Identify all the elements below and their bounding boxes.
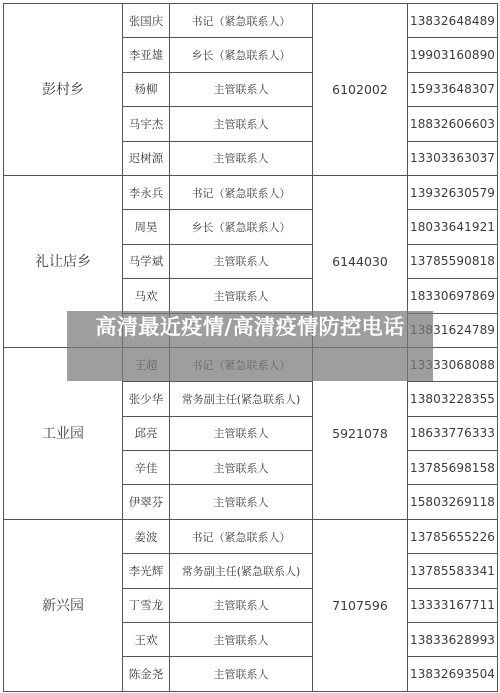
contact-role: 主管联系人 bbox=[170, 244, 313, 278]
contact-role: 乡长（紧急联系人） bbox=[170, 210, 313, 244]
mobile-phone: 19903160890 bbox=[408, 38, 498, 72]
mobile-phone: 13333167711 bbox=[408, 588, 498, 622]
mobile-phone: 18033641921 bbox=[408, 210, 498, 244]
contact-role: 书记（紧急联系人） bbox=[170, 175, 313, 209]
mobile-phone: 13833628993 bbox=[408, 623, 498, 657]
contact-name: 张国庆 bbox=[123, 4, 170, 38]
contact-name: 辛佳 bbox=[123, 451, 170, 485]
office-phone: 6102002 bbox=[313, 4, 408, 176]
contact-role: 主管联系人 bbox=[170, 588, 313, 622]
contact-role: 书记（紧急联系人） bbox=[170, 4, 313, 38]
contact-name: 王欢 bbox=[123, 623, 170, 657]
town-name: 新兴园 bbox=[4, 519, 123, 691]
contact-name: 伊翠芬 bbox=[123, 485, 170, 519]
office-phone: 7107596 bbox=[313, 519, 408, 691]
mobile-phone: 13803228355 bbox=[408, 382, 498, 416]
mobile-phone: 15933648307 bbox=[408, 72, 498, 106]
contact-role: 主管联系人 bbox=[170, 451, 313, 485]
contact-role: 乡长（紧急联系人） bbox=[170, 38, 313, 72]
contact-name: 李永兵 bbox=[123, 175, 170, 209]
contact-role: 常务副主任(紧急联系人) bbox=[170, 554, 313, 588]
title-overlay-text: 高清最近疫情/高清疫情防控电话 bbox=[72, 314, 428, 340]
contact-name: 姜波 bbox=[123, 519, 170, 553]
contact-role: 主管联系人 bbox=[170, 141, 313, 175]
contact-name: 周昊 bbox=[123, 210, 170, 244]
town-name: 彭村乡 bbox=[4, 4, 123, 176]
mobile-phone: 13303363037 bbox=[408, 141, 498, 175]
contact-role: 主管联系人 bbox=[170, 279, 313, 313]
contact-name: 马宇杰 bbox=[123, 107, 170, 141]
contact-role: 书记（紧急联系人） bbox=[170, 519, 313, 553]
contact-name: 李亚雄 bbox=[123, 38, 170, 72]
mobile-phone: 18633776333 bbox=[408, 416, 498, 450]
contact-name: 迟树源 bbox=[123, 141, 170, 175]
mobile-phone: 18832606603 bbox=[408, 107, 498, 141]
mobile-phone: 13932630579 bbox=[408, 175, 498, 209]
contact-role: 常务副主任(紧急联系人) bbox=[170, 382, 313, 416]
mobile-phone: 13785655226 bbox=[408, 519, 498, 553]
contact-name: 李光辉 bbox=[123, 554, 170, 588]
contact-name: 马欢 bbox=[123, 279, 170, 313]
mobile-phone: 15803269118 bbox=[408, 485, 498, 519]
contact-role: 主管联系人 bbox=[170, 485, 313, 519]
mobile-phone: 13832648489 bbox=[408, 4, 498, 38]
table-row: 礼让店乡 李永兵 书记（紧急联系人） 6144030 13932630579 bbox=[4, 175, 498, 209]
contact-name: 杨柳 bbox=[123, 72, 170, 106]
table-row: 彭村乡 张国庆 书记（紧急联系人） 6102002 13832648489 bbox=[4, 4, 498, 38]
contact-role: 主管联系人 bbox=[170, 107, 313, 141]
mobile-phone: 18330697869 bbox=[408, 279, 498, 313]
contact-name: 邱亮 bbox=[123, 416, 170, 450]
contact-role: 主管联系人 bbox=[170, 416, 313, 450]
mobile-phone: 13785583341 bbox=[408, 554, 498, 588]
contact-name: 张少华 bbox=[123, 382, 170, 416]
mobile-phone: 13832693504 bbox=[408, 657, 498, 691]
mobile-phone: 13785698158 bbox=[408, 451, 498, 485]
mobile-phone: 13785590818 bbox=[408, 244, 498, 278]
contact-name: 丁雪龙 bbox=[123, 588, 170, 622]
contact-role: 主管联系人 bbox=[170, 72, 313, 106]
table-row: 新兴园 姜波 书记（紧急联系人） 7107596 13785655226 bbox=[4, 519, 498, 553]
contact-role: 主管联系人 bbox=[170, 657, 313, 691]
contact-name: 马学斌 bbox=[123, 244, 170, 278]
contact-name: 陈金尧 bbox=[123, 657, 170, 691]
contact-role: 主管联系人 bbox=[170, 623, 313, 657]
